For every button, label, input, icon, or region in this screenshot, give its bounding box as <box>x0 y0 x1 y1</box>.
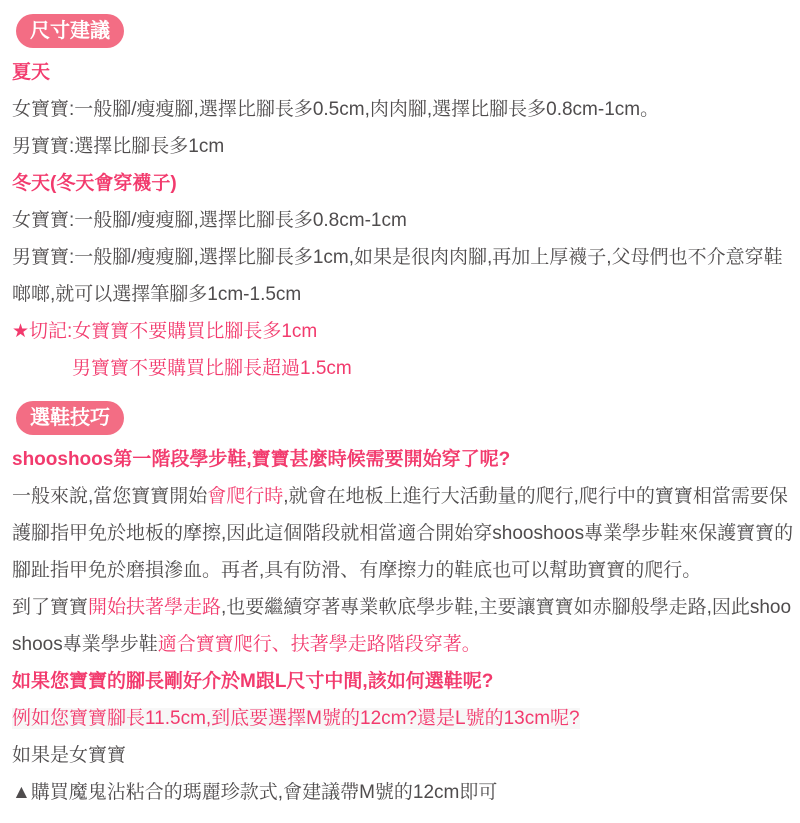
example-text: 例如您寶寶腳長11.5cm,到底要選擇M號的12cm?還是L號的13cm呢? <box>12 708 580 729</box>
tips-answer-1: 一般來說,當您寶寶開始會爬行時,就會在地板上進行大活動量的爬行,爬行中的寶寶相當… <box>12 478 796 589</box>
winter-heading: 冬天(冬天會穿襪子) <box>12 165 796 202</box>
reminder-line-girl: ★切記:女寶寶不要購買比腳長多1cm <box>12 313 796 350</box>
size-section-badge: 尺寸建議 <box>16 14 124 48</box>
winter-boy-line: 男寶寶:一般腳/瘦瘦腳,選擇比腳長多1cm,如果是很肉肉腳,再加上厚襪子,父母們… <box>12 239 796 313</box>
size-section: 尺寸建議 夏天 女寶寶:一般腳/瘦瘦腳,選擇比腳長多0.5cm,肉肉腳,選擇比腳… <box>12 10 796 387</box>
tips-section: 選鞋技巧 shooshoos第一階段學步鞋,寶寶甚麼時候需要開始穿了呢? 一般來… <box>12 397 796 811</box>
girl-advice-line: ▲購買魔鬼沾粘合的瑪麗珍款式,會建議帶M號的12cm即可 <box>12 774 796 811</box>
summer-boy-line: 男寶寶:選擇比腳長多1cm <box>12 128 796 165</box>
winter-boy-text: 男寶寶:一般腳/瘦瘦腳,選擇比腳長多1cm,如果是很肉肉腳,再加上厚襪子,父母們… <box>12 247 783 305</box>
girl-advice-text: ▲購買魔鬼沾粘合的瑪麗珍款式,會建議帶M號的12cm即可 <box>12 782 497 803</box>
tips-section-badge: 選鞋技巧 <box>16 401 124 435</box>
tips-example-line: 例如您寶寶腳長11.5cm,到底要選擇M號的12cm?還是L號的13cm呢? <box>12 700 796 737</box>
page: { "colors": { "badge_bg": "#f36d84", "ba… <box>0 0 800 823</box>
winter-girl-text: 女寶寶:一般腳/瘦瘦腳,選擇比腳長多0.8cm-1cm <box>12 210 407 231</box>
tips-question-2: 如果您寶寶的腳長剛好介於M跟L尺寸中間,該如何選鞋呢? <box>12 663 796 700</box>
article: 尺寸建議 夏天 女寶寶:一般腳/瘦瘦腳,選擇比腳長多0.5cm,肉肉腳,選擇比腳… <box>0 0 800 823</box>
answer2-highlight-2: 適合寶寶爬行、扶著學走路階段穿著。 <box>158 634 481 655</box>
summer-girl-line: 女寶寶:一般腳/瘦瘦腳,選擇比腳長多0.5cm,肉肉腳,選擇比腳長多0.8cm-… <box>12 91 796 128</box>
winter-girl-line: 女寶寶:一般腳/瘦瘦腳,選擇比腳長多0.8cm-1cm <box>12 202 796 239</box>
reminder-line-boy: 男寶寶不要購買比腳長超過1.5cm <box>12 350 796 387</box>
summer-boy-text: 男寶寶:選擇比腳長多1cm <box>12 136 224 157</box>
answer2-highlight-1: 開始扶著學走路 <box>88 597 221 618</box>
girl-case-line: 如果是女寶寶 <box>12 737 796 774</box>
summer-heading: 夏天 <box>12 54 796 91</box>
girl-case-text: 如果是女寶寶 <box>12 745 126 766</box>
tips-badge-row: 選鞋技巧 <box>12 397 796 441</box>
summer-girl-text: 女寶寶:一般腳/瘦瘦腳,選擇比腳長多0.5cm,肉肉腳,選擇比腳長多0.8cm-… <box>12 99 659 120</box>
answer1-highlight: 會爬行時 <box>207 486 283 507</box>
tips-question-1: shooshoos第一階段學步鞋,寶寶甚麼時候需要開始穿了呢? <box>12 441 796 478</box>
answer1-pre: 一般來說,當您寶寶開始 <box>12 486 207 507</box>
tips-answer-2: 到了寶寶開始扶著學走路,也要繼續穿著專業軟底學步鞋,主要讓寶寶如赤腳般學走路,因… <box>12 589 796 663</box>
answer2-pre: 到了寶寶 <box>12 597 88 618</box>
